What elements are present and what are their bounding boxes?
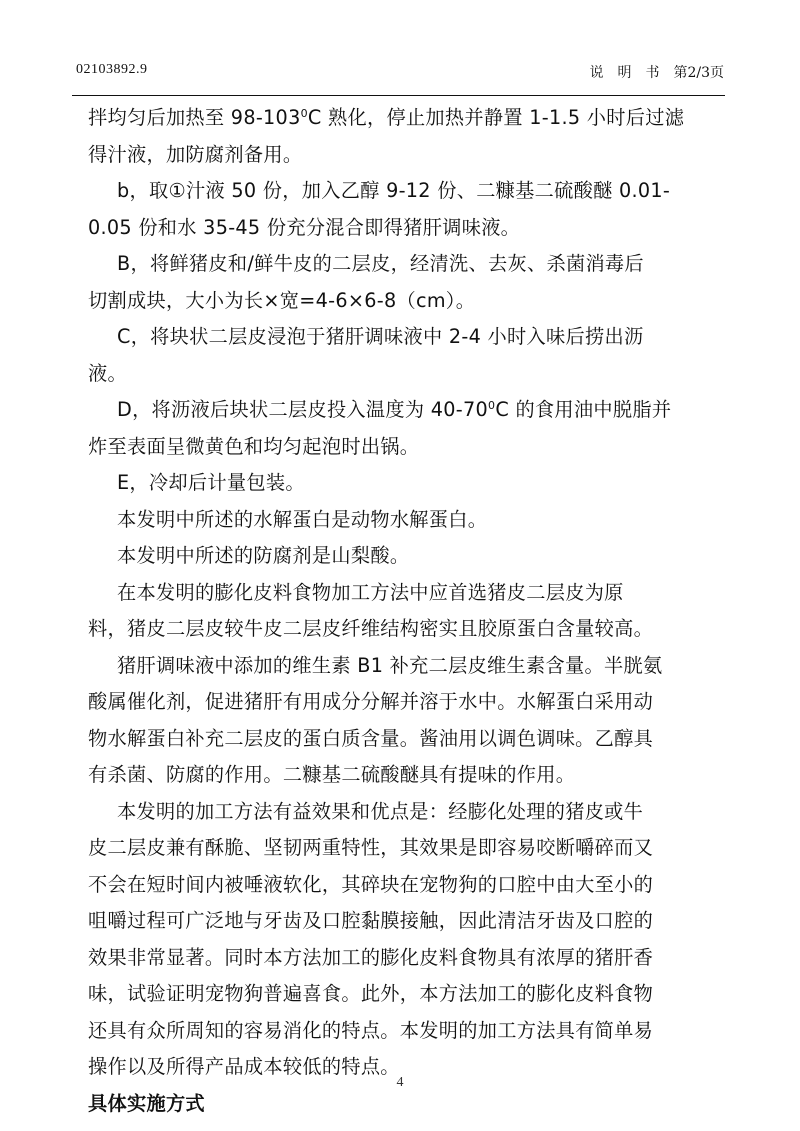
- header-divider: [72, 95, 725, 96]
- text-line: 本发明中所述的防腐剂是山梨酸。: [88, 538, 660, 575]
- paragraph-step-C: C，将块状二层皮浸泡于猪肝调味液中 2-4 小时入味后捞出沥 液。: [88, 319, 660, 392]
- text-line: 炸至表面呈微黄色和均匀起泡时出锅。: [88, 429, 660, 466]
- degree-superscript: 0: [301, 107, 308, 120]
- page-label: 第2/3页: [673, 65, 724, 81]
- paragraph-continued: 拌均匀后加热至 98-1030C 熟化，停止加热并静置 1-1.5 小时后过滤 …: [88, 100, 660, 173]
- text-line: 还具有众所周知的容易消化的特点。本发明的加工方法具有简单易: [88, 1013, 660, 1050]
- application-number: 02103892.9: [76, 62, 148, 78]
- text-line: 拌均匀后加热至 98-1030C 熟化，停止加热并静置 1-1.5 小时后过滤: [88, 100, 660, 137]
- page-number: 4: [0, 1075, 800, 1091]
- text-line: D，将沥液后块状二层皮投入温度为 40-700C 的食用油中脱脂并: [88, 392, 660, 429]
- text-line: 液。: [88, 356, 660, 393]
- text-line: 物水解蛋白补充二层皮的蛋白质含量。酱油用以调色调味。乙醇具: [88, 721, 660, 758]
- body-text: 拌均匀后加热至 98-1030C 熟化，停止加热并静置 1-1.5 小时后过滤 …: [88, 100, 660, 1122]
- text-line: 在本发明的膨化皮料食物加工方法中应首选猪皮二层皮为原: [88, 575, 660, 612]
- text-line: 得汁液，加防腐剂备用。: [88, 137, 660, 174]
- text-line: 猪肝调味液中添加的维生素 B1 补充二层皮维生素含量。半胱氨: [88, 648, 660, 685]
- paragraph-step-B: B，将鲜猪皮和/鲜牛皮的二层皮，经清洗、去灰、杀菌消毒后 切割成块，大小为长×宽…: [88, 246, 660, 319]
- document-type-char-2: 明: [617, 65, 643, 81]
- paragraph-step-D: D，将沥液后块状二层皮投入温度为 40-700C 的食用油中脱脂并 炸至表面呈微…: [88, 392, 660, 465]
- paragraph-step-E: E，冷却后计量包装。: [88, 465, 660, 502]
- text-line: 有杀菌、防腐的作用。二糠基二硫酸醚具有提味的作用。: [88, 757, 660, 794]
- text-line: 酸属催化剂，促进猪肝有用成分分解并溶于水中。水解蛋白采用动: [88, 684, 660, 721]
- paragraph-hydrolyzed-protein-note: 本发明中所述的水解蛋白是动物水解蛋白。: [88, 502, 660, 539]
- text-line: E，冷却后计量包装。: [88, 465, 660, 502]
- text-line: 0.05 份和水 35-45 份充分混合即得猪肝调味液。: [88, 210, 660, 247]
- document-type-char-3: 书: [645, 65, 671, 81]
- text-line: B，将鲜猪皮和/鲜牛皮的二层皮，经清洗、去灰、杀菌消毒后: [88, 246, 660, 283]
- text-line: b，取①汁液 50 份，加入乙醇 9-12 份、二糠基二硫酸醚 0.01-: [88, 173, 660, 210]
- paragraph-step-b: b，取①汁液 50 份，加入乙醇 9-12 份、二糠基二硫酸醚 0.01- 0.…: [88, 173, 660, 246]
- text-line: 料，猪皮二层皮较牛皮二层皮纤维结构密实且胶原蛋白含量较高。: [88, 611, 660, 648]
- paragraph-preservative-note: 本发明中所述的防腐剂是山梨酸。: [88, 538, 660, 575]
- paragraph-additives-function: 猪肝调味液中添加的维生素 B1 补充二层皮维生素含量。半胱氨 酸属催化剂，促进猪…: [88, 648, 660, 794]
- text-line: 效果非常显著。同时本方法加工的膨化皮料食物具有浓厚的猪肝香: [88, 940, 660, 977]
- degree-superscript: 0: [488, 399, 495, 412]
- text-line: 皮二层皮兼有酥脆、坚韧两重特性，其效果是即容易咬断嚼碎而又: [88, 830, 660, 867]
- document-type-char-1: 说: [589, 65, 615, 81]
- text-line: 咀嚼过程可广泛地与牙齿及口腔黏膜接触，因此清洁牙齿及口腔的: [88, 903, 660, 940]
- text-line: 不会在短时间内被唾液软化，其碎块在宠物狗的口腔中由大至小的: [88, 867, 660, 904]
- text-line: 切割成块，大小为长×宽=4-6×6-8（cm）。: [88, 283, 660, 320]
- text-line: 本发明的加工方法有益效果和优点是：经膨化处理的猪皮或牛: [88, 794, 660, 831]
- text-line: 味，试验证明宠物狗普遍喜食。此外，本方法加工的膨化皮料食物: [88, 976, 660, 1013]
- header-right: 说明书第2/3页: [589, 62, 724, 82]
- paragraph-preferred-material: 在本发明的膨化皮料食物加工方法中应首选猪皮二层皮为原 料，猪皮二层皮较牛皮二层皮…: [88, 575, 660, 648]
- paragraph-benefits: 本发明的加工方法有益效果和优点是：经膨化处理的猪皮或牛 皮二层皮兼有酥脆、坚韧两…: [88, 794, 660, 1086]
- text-line: C，将块状二层皮浸泡于猪肝调味液中 2-4 小时入味后捞出沥: [88, 319, 660, 356]
- page-header: 02103892.9 说明书第2/3页: [72, 62, 726, 84]
- text-line: 本发明中所述的水解蛋白是动物水解蛋白。: [88, 502, 660, 539]
